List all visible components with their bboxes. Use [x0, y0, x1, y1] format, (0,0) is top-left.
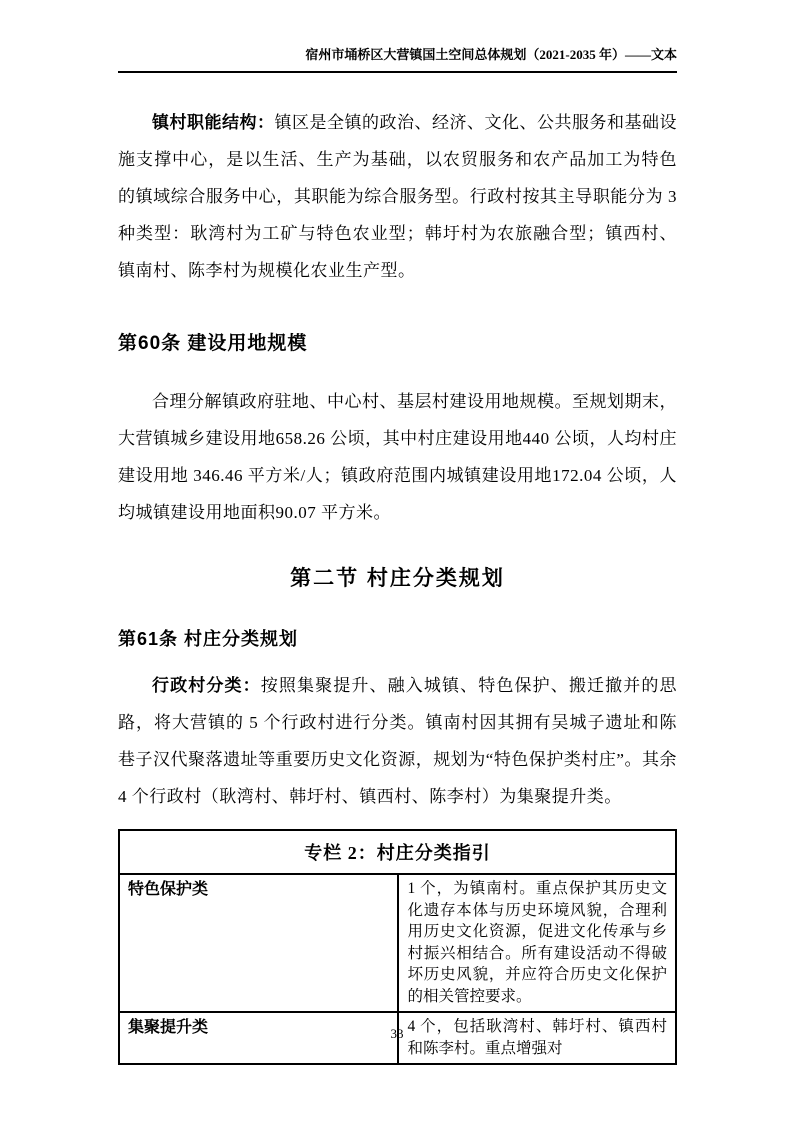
- paragraph-text-village-classification: 按照集聚提升、融入城镇、特色保护、搬迁撤并的思路，将大营镇的 5 个行政村进行分…: [118, 676, 677, 806]
- document-page: 宿州市埇桥区大营镇国土空间总体规划（2021-2035 年）——文本 镇村职能结…: [0, 0, 794, 1123]
- paragraph-lead-town-functions: 镇村职能结构：: [152, 113, 275, 132]
- page-number: 33: [0, 1026, 794, 1042]
- paragraph-text-town-functions: 镇区是全镇的政治、经济、文化、公共服务和基础设施支撑中心，是以生活、生产为基础，…: [118, 113, 677, 280]
- page-header: 宿州市埇桥区大营镇国土空间总体规划（2021-2035 年）——文本: [118, 46, 677, 73]
- heading-article-60: 第60条 建设用地规模: [118, 331, 677, 357]
- row-text-special-protection: 1 个，为镇南村。重点保护其历史文化遗存本体与历史环境风貌，合理利用历史文化资源…: [398, 874, 677, 1012]
- table-title-row: 专栏 2：村庄分类指引: [119, 830, 676, 874]
- row-label-special-protection: 特色保护类: [119, 874, 398, 1012]
- heading-section-2: 第二节 村庄分类规划: [118, 564, 677, 594]
- table-row-special-protection: 特色保护类 1 个，为镇南村。重点保护其历史文化遗存本体与历史环境风貌，合理利用…: [119, 874, 676, 1012]
- paragraph-construction-land: 合理分解镇政府驻地、中心村、基层村建设用地规模。至规划期末，大营镇城乡建设用地6…: [118, 383, 677, 531]
- heading-article-61: 第61条 村庄分类规划: [118, 626, 677, 652]
- paragraph-village-classification: 行政村分类：按照集聚提升、融入城镇、特色保护、搬迁撤并的思路，将大营镇的 5 个…: [118, 667, 677, 815]
- table-title: 专栏 2：村庄分类指引: [119, 830, 676, 874]
- header-title: 宿州市埇桥区大营镇国土空间总体规划（2021-2035 年）——文本: [305, 47, 677, 62]
- paragraph-town-village-functions: 镇村职能结构：镇区是全镇的政治、经济、文化、公共服务和基础设施支撑中心，是以生活…: [118, 104, 677, 289]
- paragraph-lead-village-classification: 行政村分类：: [152, 676, 261, 695]
